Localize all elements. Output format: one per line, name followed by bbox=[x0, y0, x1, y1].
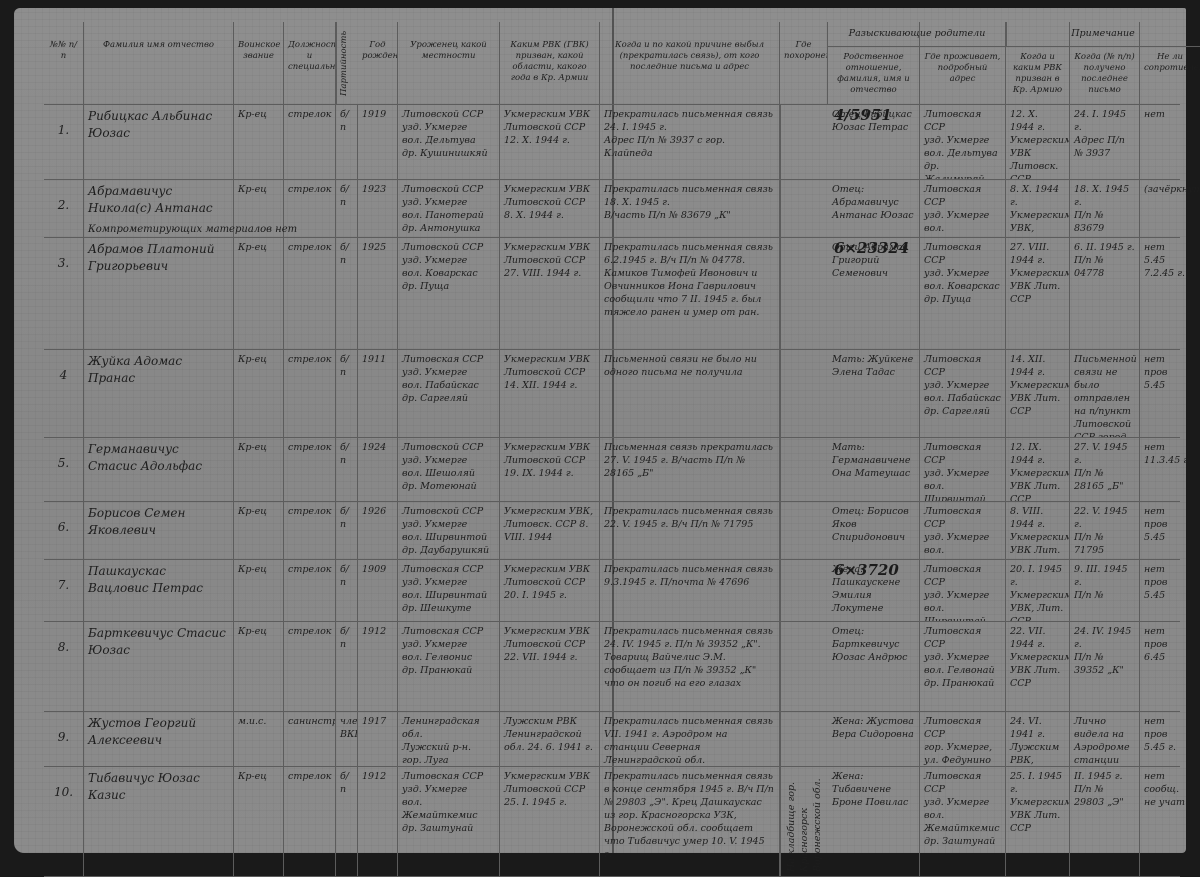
cell-where-buried bbox=[780, 437, 828, 501]
cell-party: член ВКП(б) bbox=[336, 711, 358, 766]
header-birthplace: Уроженец какой местности bbox=[398, 22, 500, 104]
header-draft: Каким РВК (ГВК) призван, какой области, … bbox=[500, 22, 600, 104]
cell-where-buried bbox=[780, 501, 828, 559]
table-row: 6.Борисов Семен ЯковлевичКр-ецстрелокб/п… bbox=[44, 501, 1180, 560]
handwritten-stamp-number: 6×23324 bbox=[834, 239, 909, 257]
cell-relative-address: Литовская ССР узд. Укмерге вол. Ширвинто… bbox=[920, 501, 1006, 559]
cell-num: 8. bbox=[44, 621, 84, 711]
cell-note-when: 12. X. 1944 г. Укмергским УВК Литовск. С… bbox=[1006, 104, 1070, 179]
cell-birthplace: Литовской ССР узд. Укмерге вол. Коварска… bbox=[398, 237, 500, 349]
cell-position: стрелок bbox=[284, 501, 336, 559]
cell-rank: Кр-ец bbox=[234, 437, 284, 501]
cell-name: Борисов Семен Яковлевич bbox=[84, 501, 234, 559]
header-position: Должность и специальность bbox=[284, 22, 336, 104]
cell-note-letter: 27. V. 1945 г. П/п № 28165 „Б" bbox=[1070, 437, 1140, 501]
cell-note-when: 8. X. 1944 г. Укмергским УВК, Литовск. С… bbox=[1006, 179, 1070, 237]
cell-draft: Укмергским УВК Литовской ССР 20. I. 1945… bbox=[500, 559, 600, 621]
cell-position: санинструктор bbox=[284, 711, 336, 766]
cell-note-letter: II. 1945 г. П/п № 29803 „Э" bbox=[1070, 766, 1140, 863]
cell-note-when: 20. I. 1945 г. Укмергским УВК, Лит. ССР bbox=[1006, 559, 1070, 621]
cell-rank: Кр-ец bbox=[234, 501, 284, 559]
cell-party: б/п bbox=[336, 437, 358, 501]
cell-note-extra: нет 5.45 7.2.45 г. bbox=[1140, 237, 1200, 349]
cell-position: стрелок bbox=[284, 349, 336, 437]
cell-relative-address: Литовская ССР узд. Укмерге вол. Коварска… bbox=[920, 237, 1006, 349]
cell-note-extra: нет bbox=[1140, 104, 1200, 179]
cell-note-letter: 18. X. 1945 г. П/п № 83679 bbox=[1070, 179, 1140, 237]
register-table: №№ п/п Фамилия имя отчество Воинское зва… bbox=[44, 22, 1180, 783]
cell-note-extra: нет сообщ. не учат bbox=[1140, 766, 1200, 863]
cell-birth-year: 1911 bbox=[358, 349, 398, 437]
cell-birth-year: 1912 bbox=[358, 766, 398, 863]
cell-rank: Кр-ец bbox=[234, 621, 284, 711]
table-row: 2.Абрамавичус Никола(с) АнтанасКр-ецстре… bbox=[44, 179, 1180, 238]
cell-contact: Прекратилась письменная связь 24. I. 194… bbox=[600, 104, 780, 179]
header-notes-when: Когда и каким РВК призван в Кр. Армию bbox=[1006, 22, 1070, 104]
cell-note-letter: 24. I. 1945 г. Адрес П/п № 3937 bbox=[1070, 104, 1140, 179]
cell-birthplace: Литовской ССР узд. Укмерге вол. Ширвинто… bbox=[398, 501, 500, 559]
cell-note-when: 12. IX. 1944 г. Укмергским УВК Лит. ССР bbox=[1006, 437, 1070, 501]
cell-relative-name: Мать: Жуйкене Элена Тадас bbox=[828, 349, 920, 437]
cell-name: Абрамов Платоний Григорьевич bbox=[84, 237, 234, 349]
cell-where-buried bbox=[780, 104, 828, 179]
cell-contact: Прекратилась письменная связь 9.3.1945 г… bbox=[600, 559, 780, 621]
cell-birth-year: 1925 bbox=[358, 237, 398, 349]
cell-contact: Прекратилась письменная связь 6.2.1945 г… bbox=[600, 237, 780, 349]
cell-draft: Укмергским УВК Литовской ССР 27. VIII. 1… bbox=[500, 237, 600, 349]
cell-note-letter: Лично видела на Аэродроме станции Северн… bbox=[1070, 711, 1140, 766]
handwritten-stamp-number: 4/5951 bbox=[834, 106, 892, 124]
cell-relative-address: Литовская ССР узд. Укмерге вол. Пабайска… bbox=[920, 349, 1006, 437]
cell-draft: Укмергским УВК Литовской ССР 12. X. 1944… bbox=[500, 104, 600, 179]
cell-contact: Прекратилась письменная связь 24. IV. 19… bbox=[600, 621, 780, 711]
cell-num: 1. bbox=[44, 104, 84, 179]
cell-party: б/п bbox=[336, 237, 358, 349]
cell-where-buried bbox=[780, 621, 828, 711]
cell-contact: Письменной связи не было ни одного письм… bbox=[600, 349, 780, 437]
cell-note-when: 8. VIII. 1944 г. Укмергским УВК Лит. ССР bbox=[1006, 501, 1070, 559]
cell-birthplace: Литовской ССР узд. Укмерге вол. Дельтува… bbox=[398, 104, 500, 179]
row-remark: Компрометирующих материалов нет bbox=[88, 224, 297, 235]
cell-note-extra: нет пров 5.45 bbox=[1140, 559, 1200, 621]
cell-party: б/п bbox=[336, 104, 358, 179]
header-contact: Когда и по какой причине выбыл (прекрати… bbox=[600, 22, 780, 104]
cell-note-extra: нет 11.3.45 г. bbox=[1140, 437, 1200, 501]
cell-note-letter: 6. II. 1945 г. П/п № 04778 bbox=[1070, 237, 1140, 349]
cell-where-buried bbox=[780, 349, 828, 437]
cell-position: стрелок bbox=[284, 766, 336, 863]
cell-position: стрелок bbox=[284, 437, 336, 501]
cell-note-letter: 9. III. 1945 г. П/п № bbox=[1070, 559, 1140, 621]
cell-relative-address: Литовская ССР узд. Укмерге вол. Ширвинта… bbox=[920, 559, 1006, 621]
cell-relative-address: Литовская ССР узд. Укмерге вол. Жемайтке… bbox=[920, 766, 1006, 863]
cell-draft: Укмергским УВК Литовской ССР 14. XII. 19… bbox=[500, 349, 600, 437]
cell-note-letter: 22. V. 1945 г. П/п № 71795 bbox=[1070, 501, 1140, 559]
cell-birthplace: Литовская ССР узд. Укмерге вол. Пабайска… bbox=[398, 349, 500, 437]
cell-num: 5. bbox=[44, 437, 84, 501]
cell-note-when: 25. I. 1945 г. Укмергским УВК Лит. ССР bbox=[1006, 766, 1070, 863]
cell-note-when: 22. VII. 1944 г. Укмергским УВК Лит. ССР bbox=[1006, 621, 1070, 711]
cell-rank: Кр-ец bbox=[234, 104, 284, 179]
cell-relative-address: Литовская ССР гор. Укмерге, ул. Федунино… bbox=[920, 711, 1006, 766]
cell-relative-address: Литовская ССР узд. Укмерге вол. Гелвонай… bbox=[920, 621, 1006, 711]
header-name: Фамилия имя отчество bbox=[84, 22, 234, 104]
table-row: 7.Пашкаускас Вацловис ПетрасКр-ецстрелок… bbox=[44, 559, 1180, 622]
cell-where-buried bbox=[780, 711, 828, 766]
cell-name: Германавичус Стасис Адольфас bbox=[84, 437, 234, 501]
cell-draft: Укмергским УВК, Литовск. ССР 8. VIII. 19… bbox=[500, 501, 600, 559]
cell-birthplace: Ленинградская обл. Лужский р-н. гор. Луг… bbox=[398, 711, 500, 766]
document-sheet: №№ п/п Фамилия имя отчество Воинское зва… bbox=[14, 8, 1186, 853]
header-notes-letters: Когда (№ п/п) получено последнее письмо bbox=[1070, 22, 1140, 104]
cell-num: 9. bbox=[44, 711, 84, 766]
header-notes-pension: Не ли сопротивления... bbox=[1140, 22, 1200, 104]
header-relative-name: Родственное отношение, фамилия, имя и от… bbox=[828, 22, 920, 104]
cell-birth-year: 1909 bbox=[358, 559, 398, 621]
cell-birthplace: Литовская ССР узд. Укмерге вол. Гелвонис… bbox=[398, 621, 500, 711]
cell-rank: м.и.с. bbox=[234, 711, 284, 766]
table-header: №№ п/п Фамилия имя отчество Воинское зва… bbox=[44, 22, 1180, 105]
header-rank: Воинское звание bbox=[234, 22, 284, 104]
header-birth-year: Год рождения bbox=[358, 22, 398, 104]
cell-note-letter: Письменной связи не было отправлен на п/… bbox=[1070, 349, 1140, 437]
cell-position: стрелок bbox=[284, 559, 336, 621]
cell-contact: Прекратилась письменная связь 18. X. 194… bbox=[600, 179, 780, 237]
cell-note-when: 24. VI. 1941 г. Лужским РВК, Ленинградск… bbox=[1006, 711, 1070, 766]
cell-party: б/п bbox=[336, 559, 358, 621]
cell-draft: Укмергским УВК Литовской ССР 25. I. 1945… bbox=[500, 766, 600, 863]
cell-draft: Укмергским УВК Литовской ССР 8. X. 1944 … bbox=[500, 179, 600, 237]
cell-party: б/п bbox=[336, 621, 358, 711]
cell-party: б/п bbox=[336, 179, 358, 237]
cell-relative-name: Отец: Абрамавичус Антанас Юозас bbox=[828, 179, 920, 237]
cell-rank: Кр-ец bbox=[234, 237, 284, 349]
table-row: 5.Германавичус Стасис АдольфасКр-ецстрел… bbox=[44, 437, 1180, 502]
cell-name: Рибицкас Альбинас Юозас bbox=[84, 104, 234, 179]
table-row: 9.Жустов Георгий Алексеевичм.и.с.санинст… bbox=[44, 711, 1180, 767]
cell-birthplace: Литовской ССР узд. Укмерге вол. Шешоляй … bbox=[398, 437, 500, 501]
cell-num: 7. bbox=[44, 559, 84, 621]
cell-draft: Лужским РВК Ленинградской обл. 24. 6. 19… bbox=[500, 711, 600, 766]
cell-position: стрелок bbox=[284, 621, 336, 711]
cell-contact: Прекратилась письменная связь 22. V. 194… bbox=[600, 501, 780, 559]
cell-note-extra: нет пров 5.45 г. bbox=[1140, 711, 1200, 766]
cell-relative-address: Литовская ССР узд. Укмерге вол. Дельтува… bbox=[920, 104, 1006, 179]
header-party: Партийность bbox=[336, 22, 358, 104]
header-where-buried: Где похоронен bbox=[780, 22, 828, 104]
cell-where-buried bbox=[780, 237, 828, 349]
cell-position: стрелок bbox=[284, 237, 336, 349]
cell-num: 10. bbox=[44, 766, 84, 863]
cell-num: 2. bbox=[44, 179, 84, 237]
cell-birth-year: 1924 bbox=[358, 437, 398, 501]
cell-relative-address: Литовская ССР узд. Укмерге вол. Панотера… bbox=[920, 179, 1006, 237]
cell-birthplace: Литовская ССР узд. Укмерге вол. Жемайтке… bbox=[398, 766, 500, 863]
cell-relative-name: Жена: Жустова Вера Сидоровна bbox=[828, 711, 920, 766]
cell-contact: Прекратилась письменная связь в конце се… bbox=[600, 766, 780, 863]
header-relative-address: Где проживает, подробный адрес bbox=[920, 22, 1006, 104]
table-row: 1.Рибицкас Альбинас ЮозасКр-ецстрелокб/п… bbox=[44, 104, 1180, 180]
cell-note-extra: нет пров 5.45 bbox=[1140, 501, 1200, 559]
cell-contact: Прекратилась письменная связь VII. 1941 … bbox=[600, 711, 780, 766]
cell-relative-address: Литовская ССР узд. Укмерге вол. Ширвинта… bbox=[920, 437, 1006, 501]
cell-note-letter: 24. IV. 1945 г. П/п № 39352 „К" bbox=[1070, 621, 1140, 711]
cell-note-when: 14. XII. 1944 г. Укмергским УВК Лит. ССР bbox=[1006, 349, 1070, 437]
cell-relative-name: Отец: Борисов Яков Спиридонович bbox=[828, 501, 920, 559]
cell-rank: Кр-ец bbox=[234, 559, 284, 621]
cell-rank: Кр-ец bbox=[234, 766, 284, 863]
cell-relative-name: Жена: Тибавичене Броне Повилас bbox=[828, 766, 920, 863]
cell-where-buried: На кладбище гор. Красногорск Воронежской… bbox=[780, 766, 828, 863]
cell-note-extra: (зачёркнуто) bbox=[1140, 179, 1200, 237]
cell-party: б/п bbox=[336, 501, 358, 559]
table-row: 3.Абрамов Платоний ГригорьевичКр-ецстрел… bbox=[44, 237, 1180, 350]
cell-contact: Письменная связь прекратилась 27. V. 194… bbox=[600, 437, 780, 501]
cell-num: 3. bbox=[44, 237, 84, 349]
cell-draft: Укмергским УВК Литовской ССР 19. IX. 194… bbox=[500, 437, 600, 501]
cell-birth-year: 1919 bbox=[358, 104, 398, 179]
cell-birth-year: 1912 bbox=[358, 621, 398, 711]
table-row: 4Жуйка Адомас ПранасКр-ецстрелокб/п1911Л… bbox=[44, 349, 1180, 438]
cell-rank: Кр-ец bbox=[234, 349, 284, 437]
cell-note-extra: нет пров 6.45 bbox=[1140, 621, 1200, 711]
cell-draft: Укмергским УВК Литовской ССР 22. VII. 19… bbox=[500, 621, 600, 711]
cell-relative-name: Мать: Германавичене Она Матеушас bbox=[828, 437, 920, 501]
cell-birth-year: 1926 bbox=[358, 501, 398, 559]
cell-name: Барткевичус Стасис Юозас bbox=[84, 621, 234, 711]
table-row: 10.Тибавичус Юозас КазисКр-ецстрелокб/п1… bbox=[44, 766, 1180, 863]
cell-birthplace: Литовская ССР узд. Укмерге вол. Ширвинта… bbox=[398, 559, 500, 621]
cell-name: Пашкаускас Вацловис Петрас bbox=[84, 559, 234, 621]
cell-note-when: 27. VIII. 1944 г. Укмергским УВК Лит. СС… bbox=[1006, 237, 1070, 349]
cell-where-buried bbox=[780, 559, 828, 621]
cell-num: 4 bbox=[44, 349, 84, 437]
cell-birthplace: Литовской ССР узд. Укмерге вол. Панотера… bbox=[398, 179, 500, 237]
cell-num: 6. bbox=[44, 501, 84, 559]
header-num: №№ п/п bbox=[44, 22, 84, 104]
cell-relative-name: Отец: Барткевичус Юозас Андрюс bbox=[828, 621, 920, 711]
cell-party: б/п bbox=[336, 766, 358, 863]
cell-name: Жустов Георгий Алексеевич bbox=[84, 711, 234, 766]
cell-name: Тибавичус Юозас Казис bbox=[84, 766, 234, 863]
cell-note-extra: нет пров 5.45 bbox=[1140, 349, 1200, 437]
cell-where-buried bbox=[780, 179, 828, 237]
table-row: 8.Барткевичус Стасис ЮозасКр-ецстрелокб/… bbox=[44, 621, 1180, 712]
cell-position: стрелок bbox=[284, 104, 336, 179]
cell-name: Жуйка Адомас Пранас bbox=[84, 349, 234, 437]
handwritten-stamp-number: 6×3720 bbox=[834, 561, 899, 579]
cell-birth-year: 1917 bbox=[358, 711, 398, 766]
cell-party: б/п bbox=[336, 349, 358, 437]
cell-birth-year: 1923 bbox=[358, 179, 398, 237]
